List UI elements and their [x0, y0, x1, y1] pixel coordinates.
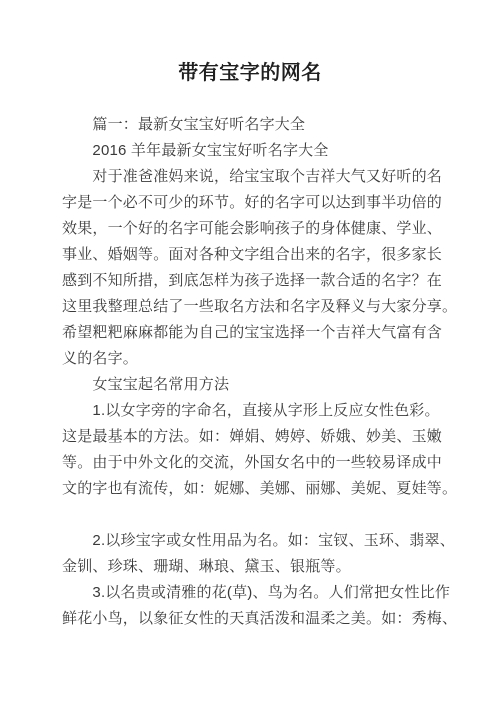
text-line: 2016 羊年最新女宝宝好听名字大全	[62, 138, 457, 164]
text-line: 篇一：最新女宝宝好听名字大全	[62, 112, 457, 138]
text-line: 1.以女字旁的字命名，直接从字形上反应女性色彩。	[62, 398, 457, 424]
text-line: 文的字也有流传，如：妮娜、美娜、丽娜、美妮、夏娃等。	[62, 476, 457, 502]
document-page: 带有宝字的网名 篇一：最新女宝宝好听名字大全 2016 羊年最新女宝宝好听名字大…	[0, 0, 500, 707]
text-line: 希望粑粑麻麻都能为自己的宝宝选择一个吉祥大气富有含	[62, 320, 457, 346]
document-body: 篇一：最新女宝宝好听名字大全 2016 羊年最新女宝宝好听名字大全 对于准爸准妈…	[62, 112, 457, 632]
text-line: 这是最基本的方法。如：婵娟、娉婷、娇娥、妙美、玉嫩	[62, 424, 457, 450]
text-line: 3.以名贵或清雅的花(草)、鸟为名。人们常把女性比作	[62, 580, 457, 606]
text-line	[62, 502, 457, 528]
text-line: 义的名字。	[62, 346, 457, 372]
text-line: 2.以珍宝字或女性用品为名。如：宝钗、玉环、翡翠、	[62, 528, 457, 554]
text-line: 这里我整理总结了一些取名方法和名字及释义与大家分享。	[62, 294, 457, 320]
text-line: 等。由于中外文化的交流，外国女名中的一些较易译成中	[62, 450, 457, 476]
text-line: 对于准爸准妈来说，给宝宝取个吉祥大气又好听的名	[62, 164, 457, 190]
text-line: 金钏、珍珠、珊瑚、琳琅、黛玉、银瓶等。	[62, 554, 457, 580]
document-title: 带有宝字的网名	[0, 0, 500, 88]
text-line: 效果，一个好的名字可能会影响孩子的身体健康、学业、	[62, 216, 457, 242]
text-line: 事业、婚姻等。面对各种文字组合出来的名字，很多家长	[62, 242, 457, 268]
text-line: 鲜花小鸟，以象征女性的天真活泼和温柔之美。如：秀梅、	[62, 606, 457, 632]
text-line: 感到不知所措，到底怎样为孩子选择一款合适的名字？在	[62, 268, 457, 294]
text-line: 女宝宝起名常用方法	[62, 372, 457, 398]
text-line: 字是一个必不可少的环节。好的名字可以达到事半功倍的	[62, 190, 457, 216]
